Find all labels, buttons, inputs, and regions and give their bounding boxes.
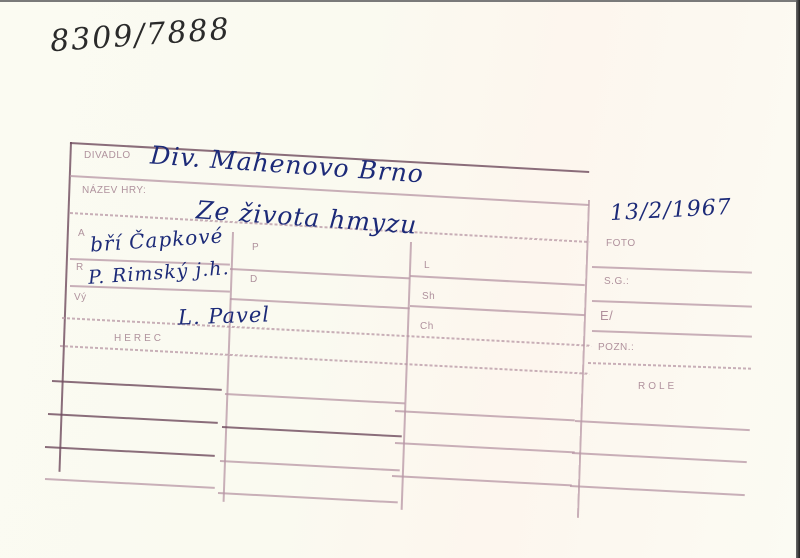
label-director: R [76, 262, 84, 273]
scan-edge-right [796, 0, 800, 558]
label-designer: Vý [74, 292, 87, 303]
label-role-column: ROLE [638, 381, 677, 392]
handwritten-designer: L. Pavel [178, 302, 271, 329]
label-sg: S.G.: [604, 276, 629, 287]
label-note: POZN.: [598, 342, 634, 353]
label-author: A [78, 228, 85, 239]
label-d: D [250, 274, 258, 285]
label-ch: Ch [420, 321, 434, 332]
label-sh: Sh [422, 291, 435, 302]
scan-edge-top [0, 0, 800, 2]
label-photo: FOTO [606, 238, 636, 249]
label-theatre: DIVADLO [84, 150, 131, 161]
label-play-title: NÁZEV HRY: [82, 185, 146, 196]
label-e: E/ [600, 308, 613, 323]
label-actor-column: HEREC [114, 333, 164, 344]
label-l: L [424, 260, 430, 271]
label-p: P [252, 242, 259, 253]
